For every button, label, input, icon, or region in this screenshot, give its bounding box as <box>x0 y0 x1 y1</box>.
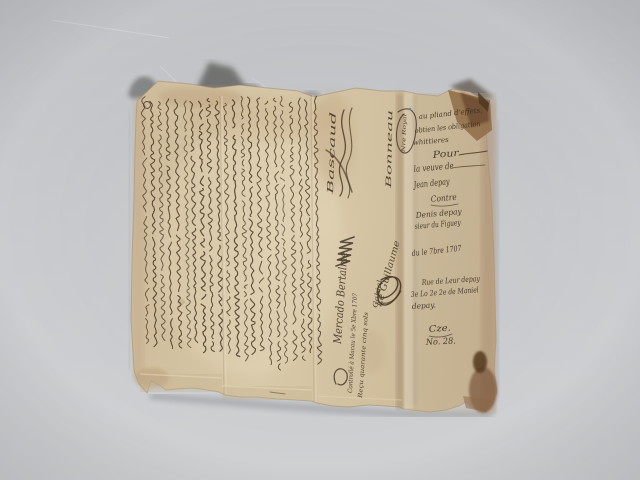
manuscript-paper: BascaudBonneauNre RoyalMercado BertalmeC… <box>131 81 497 414</box>
photo-of-manuscript: BascaudBonneauNre RoyalMercado BertalmeC… <box>0 0 640 480</box>
right-shadow <box>497 120 499 400</box>
docket-line: No. 28. <box>425 336 456 348</box>
signature-notary: Bonneau <box>384 110 394 191</box>
ink-blot <box>473 351 487 373</box>
blue-speck <box>409 108 412 111</box>
manuscript-photo-canvas: BascaudBonneauNre RoyalMercado BertalmeC… <box>0 0 640 480</box>
docket-line: Cze. <box>429 323 452 335</box>
docket-line: depay. <box>412 300 437 311</box>
left-shadow <box>129 110 130 370</box>
